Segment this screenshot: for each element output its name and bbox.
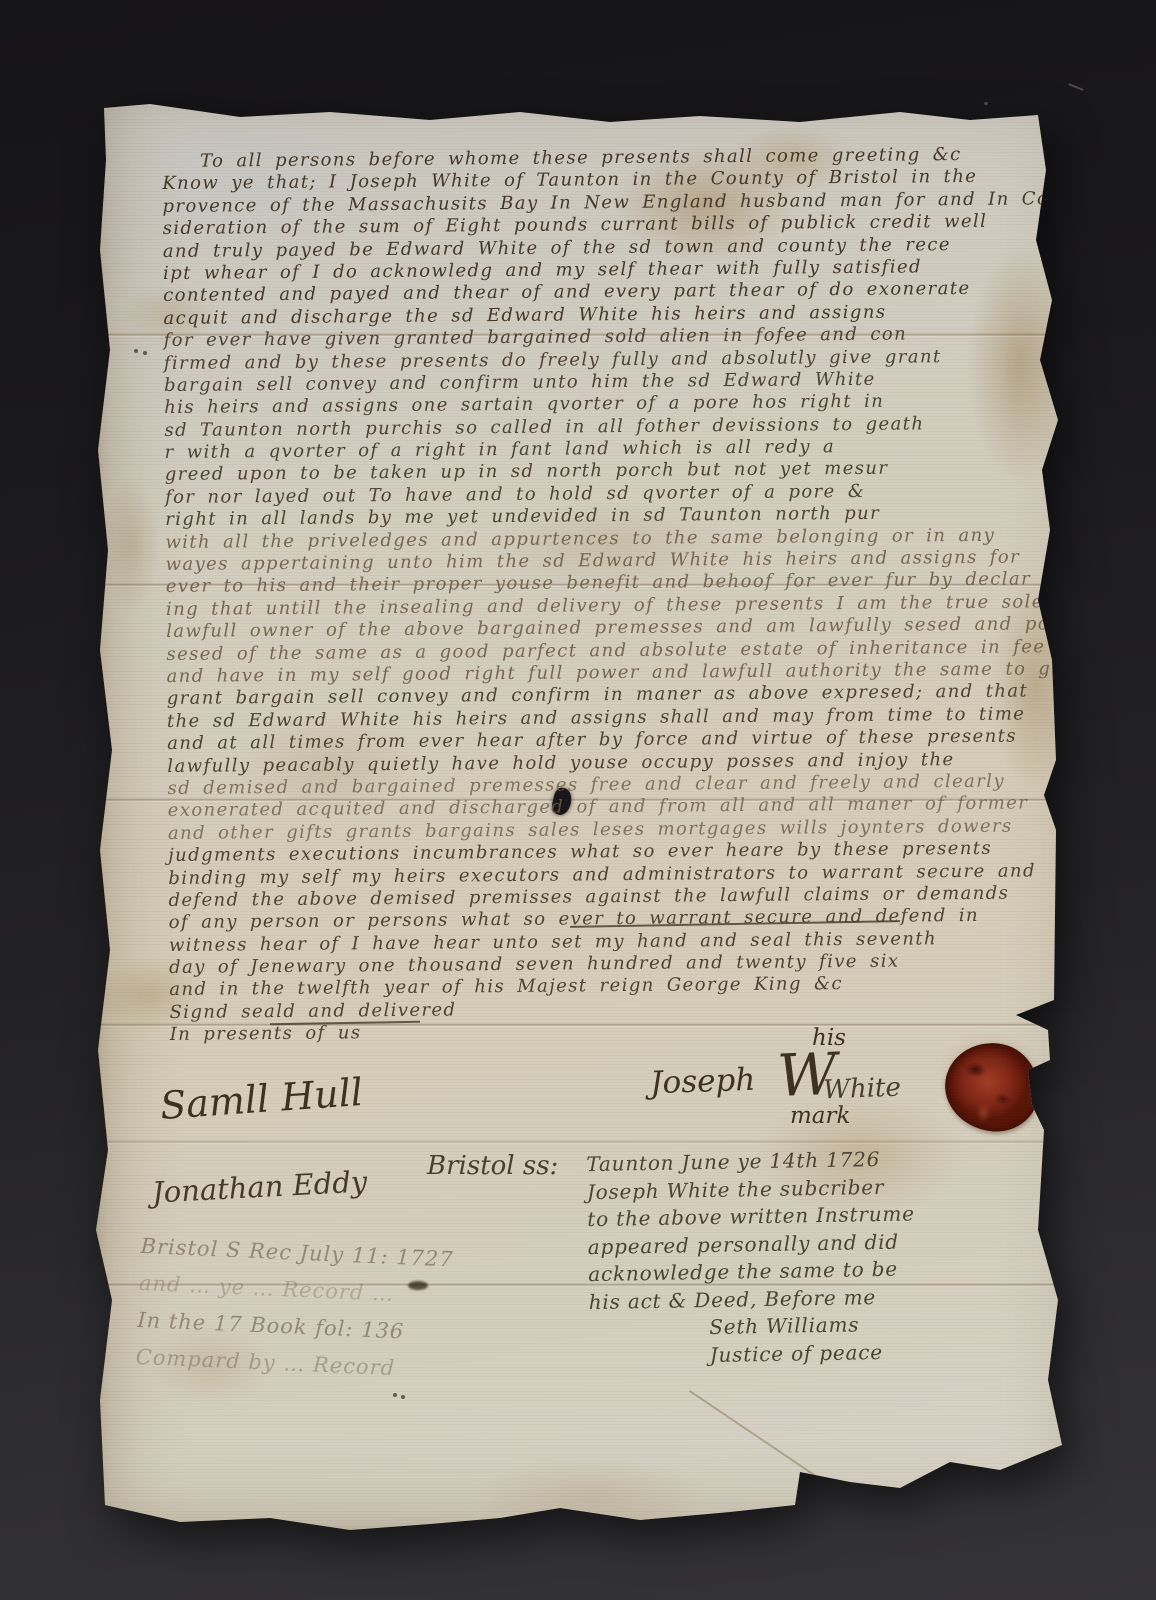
jurat-line: Justice of peace — [709, 1335, 1059, 1369]
ink-speck — [134, 349, 138, 353]
grantor-signature: Joseph W White — [649, 1043, 901, 1112]
witness-signature-samll-hull: Samll Hull — [159, 1070, 365, 1128]
photo-stage: To all persons before whome these presen… — [0, 0, 1156, 1600]
witness-signature-jonathan-eddy: Jonathan Eddy — [151, 1164, 368, 1209]
signature-first-name: Joseph — [649, 1048, 756, 1102]
red-wax-seal-icon — [939, 1037, 1044, 1137]
county-jurisdiction-label: Bristol ss: — [427, 1151, 558, 1181]
fold-crease — [94, 1140, 1064, 1144]
ink-speck — [401, 1395, 405, 1399]
recorder-note: Bristol S Rec July 11: 1727and … ye … Re… — [135, 1228, 561, 1394]
dust-speck — [984, 102, 988, 105]
signature-last-name: White — [822, 1043, 902, 1106]
ink-speck — [143, 351, 147, 355]
dust-speck — [1068, 83, 1084, 91]
jurat-acknowledgment: Taunton June ye 14th 1726Joseph White th… — [586, 1143, 1060, 1371]
manuscript-body: To all persons before whome these presen… — [162, 143, 1090, 1047]
ink-speck — [393, 1393, 397, 1397]
document-paper: To all persons before whome these presen… — [90, 65, 1100, 1540]
fold-crease-diagonal — [689, 1390, 889, 1526]
signature-mark-label: mark — [790, 1103, 850, 1129]
